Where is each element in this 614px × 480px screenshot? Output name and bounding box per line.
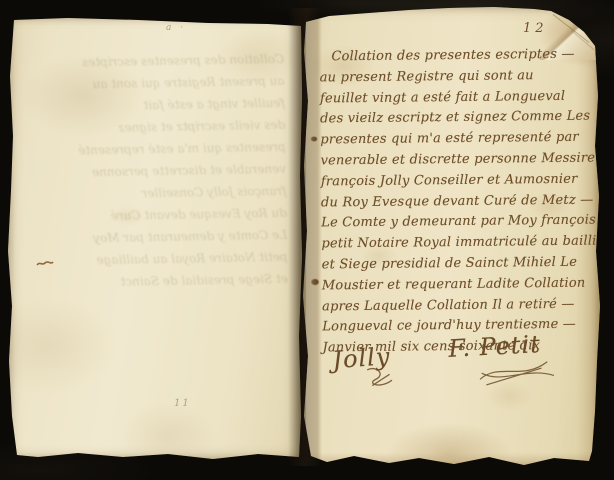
manuscript-line: Moustier et requerant Ladite Collation bbox=[322, 273, 594, 297]
manuscript-line: Le Comte y demeurant par Moy françois bbox=[321, 211, 593, 235]
ghost-line: et Siege presidial de Sainct bbox=[36, 268, 288, 294]
signature-jolly-name: Jolly bbox=[331, 342, 391, 374]
manuscript-line: petit Notaire Royal immatriculé au baill… bbox=[321, 232, 593, 256]
manuscript-line: françois Jolly Conseiller et Aumosnier bbox=[321, 169, 593, 193]
left-page-corner-mark: a · bbox=[166, 23, 186, 33]
manuscript-line: apres Laquelle Collation Il a retiré — bbox=[322, 294, 594, 318]
bleedthrough-text: Collation des presentes escriptes au pre… bbox=[32, 48, 288, 294]
page-number: 12 bbox=[523, 21, 548, 36]
manuscript-line: du Roy Evesque devant Curé de Metz — bbox=[321, 190, 593, 214]
signature-petit: F. Petit bbox=[448, 329, 561, 389]
signature-petit-name: F. Petit bbox=[448, 330, 542, 363]
signature-jolly: Jolly bbox=[331, 342, 398, 392]
manuscript-line: presentes qui m'a esté representé par bbox=[320, 128, 592, 152]
crease-line bbox=[553, 14, 590, 43]
manuscript-line: feuillet vingt a esté fait a Longueval bbox=[320, 86, 592, 110]
manuscript-line: des vieilz escriptz et signez Comme Les bbox=[320, 107, 592, 131]
manuscript-line: au present Registre qui sont au bbox=[320, 65, 592, 89]
left-page: a · Collation des presentes escriptes au… bbox=[8, 16, 302, 460]
manuscript-text: Collation des presentes escriptes — au p… bbox=[319, 45, 594, 360]
manuscript-line: Collation des presentes escriptes — bbox=[319, 45, 591, 69]
ink-blot bbox=[36, 254, 54, 273]
manuscript-line: et Siege presidial de Sainct Mihiel Le bbox=[322, 253, 594, 277]
manuscript-scan: a · Collation des presentes escriptes au… bbox=[0, 0, 614, 480]
manuscript-line: venerable et discrette personne Messire bbox=[320, 149, 592, 173]
right-page: 12 Collation des presentes escriptes — a… bbox=[299, 6, 602, 470]
faint-page-number: 11 bbox=[174, 398, 191, 409]
